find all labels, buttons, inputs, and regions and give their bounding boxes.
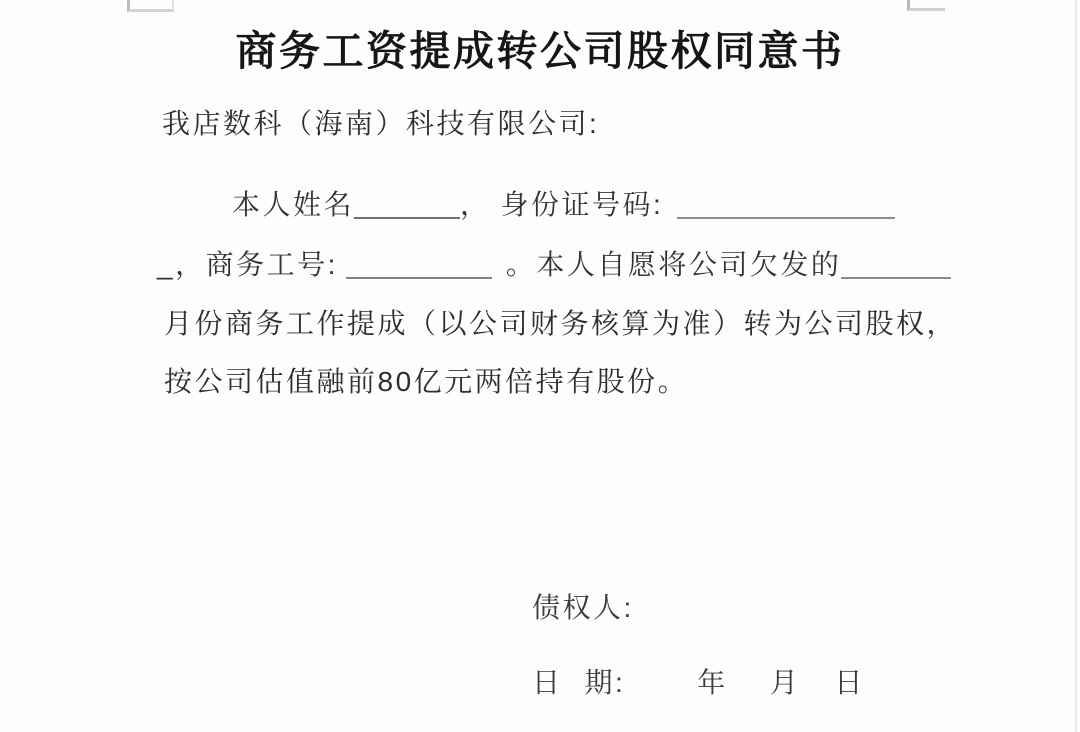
month-label: 月	[770, 667, 801, 698]
date-label-part2: 期:	[585, 667, 626, 698]
cropped-text-artifact-left	[127, 0, 174, 12]
commission-conversion-line: 月份商务工作提成（以公司财务核算为准）转为公司股权，	[164, 302, 957, 342]
salutation-line: 我店数科（海南）科技有限公司:	[162, 102, 599, 142]
name-label: 本人姓名	[232, 189, 354, 220]
page-edge-line	[1075, 0, 1077, 732]
work-id-blank-line	[346, 257, 492, 279]
owed-month-blank-line	[841, 257, 951, 279]
owed-commission-text: 本人自愿将公司欠发的	[536, 249, 841, 280]
date-label-part1: 日	[532, 667, 563, 698]
cropped-text-artifact-right	[907, 0, 945, 11]
valuation-line: 按公司估值融前80亿元两倍持有股份。	[164, 360, 688, 400]
year-label: 年	[697, 667, 728, 698]
creditor-label: 债权人:	[532, 586, 634, 626]
work-id-label: 商务工号:	[206, 249, 338, 280]
id-number-label: 身份证号码:	[501, 189, 664, 220]
agreement-document-page: 商务工资提成转公司股权同意书 我店数科（海南）科技有限公司: 本人姓名，身份证号…	[0, 0, 1080, 732]
work-id-line: _，商务工号:。本人自愿将公司欠发的	[157, 243, 951, 283]
document-title: 商务工资提成转公司股权同意书	[0, 18, 1080, 77]
name-and-id-line: 本人姓名，身份证号码:	[232, 183, 895, 223]
carryover-underscore: _，	[157, 249, 206, 280]
id-number-blank-line	[677, 197, 895, 219]
period-mark: 。	[506, 249, 537, 280]
day-label: 日	[834, 667, 865, 698]
date-line: 日期:年月日	[532, 661, 865, 701]
name-blank-line	[354, 197, 460, 219]
comma-mark: ，	[460, 189, 491, 220]
